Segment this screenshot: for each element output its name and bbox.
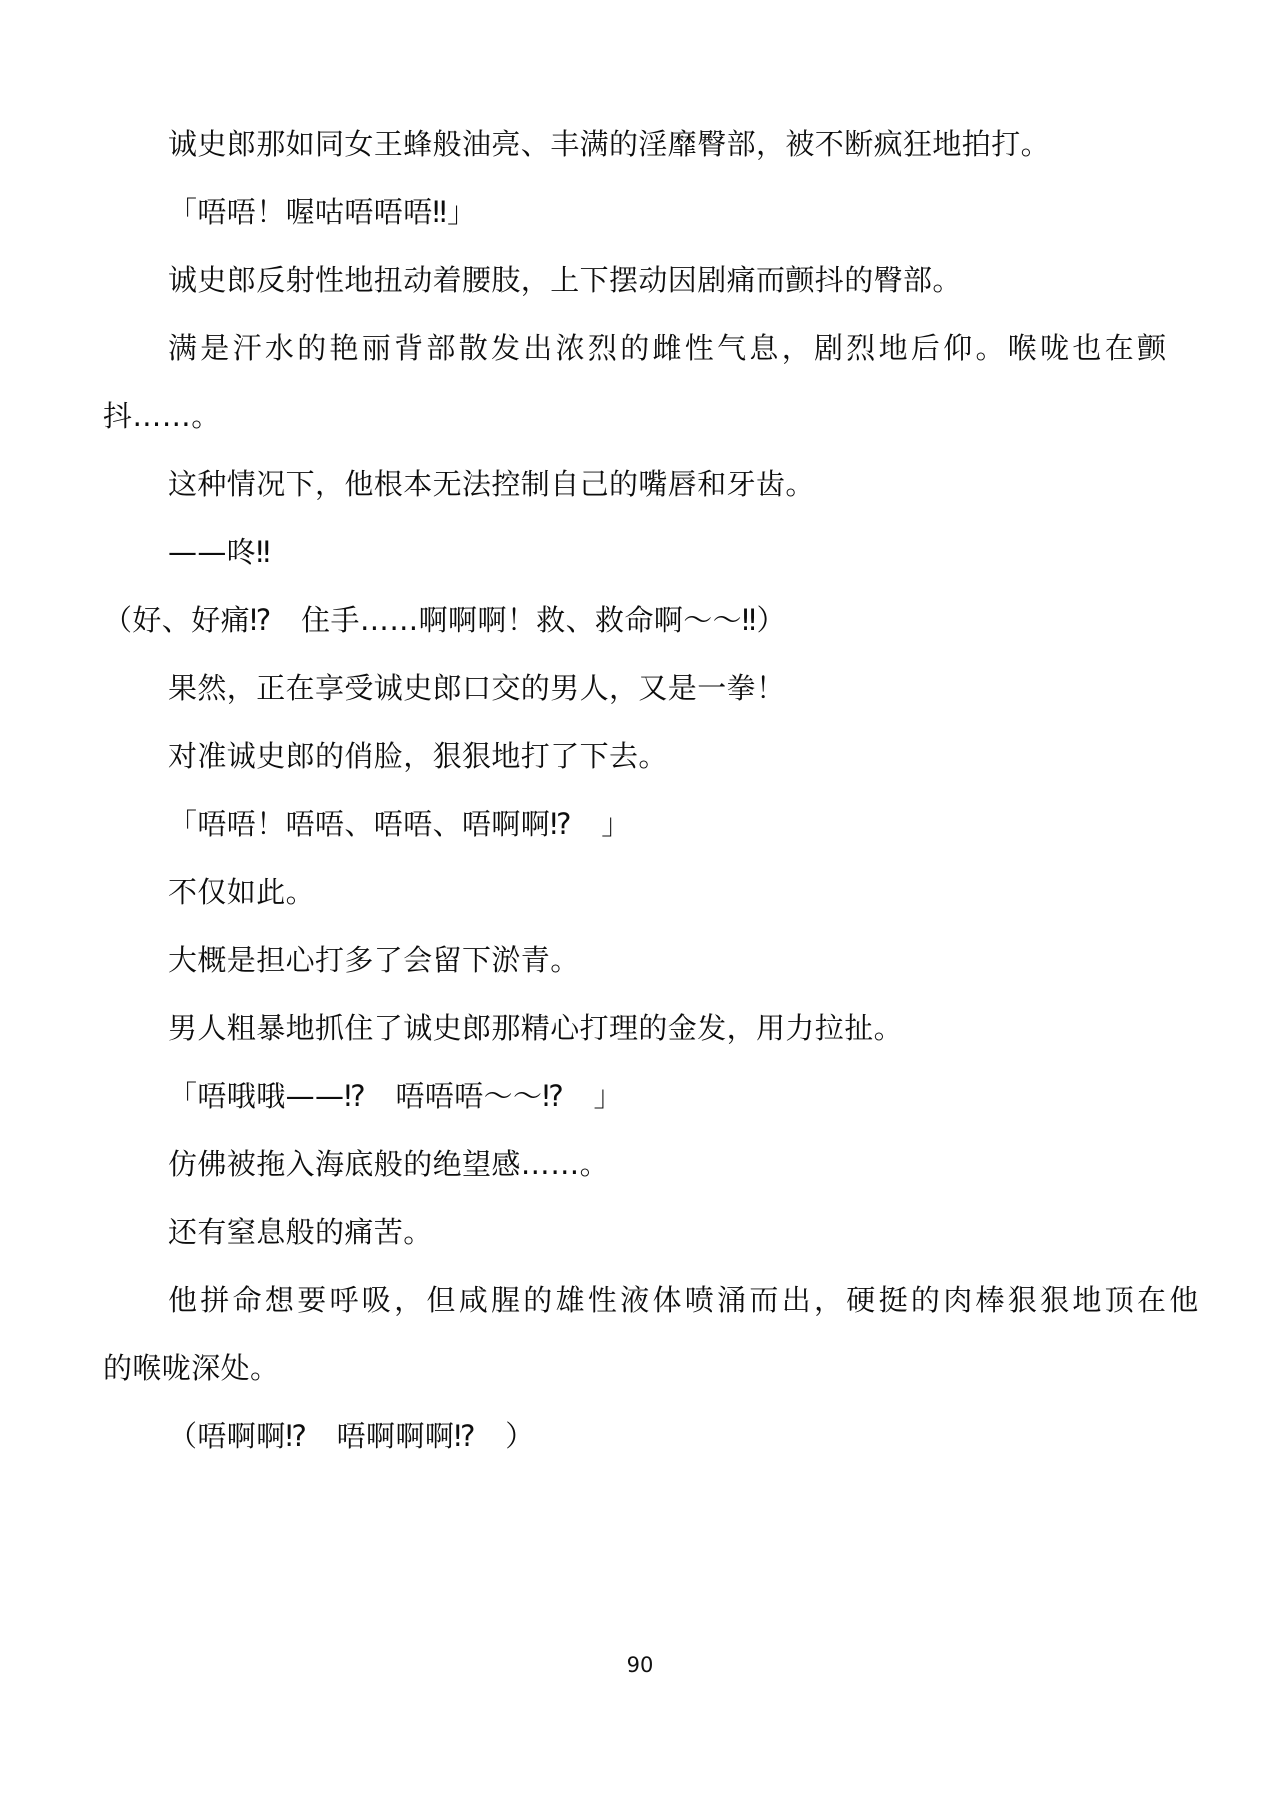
- text-line: 男人粗暴地抓住了诚史郎那精心打理的金发，用力拉扯。: [103, 994, 1185, 1062]
- text-line: 果然，正在享受诚史郎口交的男人，又是一拳！: [103, 654, 1185, 722]
- text-line: 他拼命想要呼吸，但咸腥的雄性液体喷涌而出，硬挺的肉棒狠狠地顶在他: [103, 1266, 1185, 1334]
- text-line: 仿佛被拖入海底般的绝望感……。: [103, 1130, 1185, 1198]
- text-line: （唔啊啊⁉ 唔啊啊啊⁉ ）: [103, 1402, 1185, 1470]
- text-line: 还有窒息般的痛苦。: [103, 1198, 1185, 1266]
- text-line: ——咚‼: [103, 518, 1185, 586]
- text-line: 满是汗水的艳丽背部散发出浓烈的雌性气息，剧烈地后仰。喉咙也在颤: [103, 314, 1185, 382]
- text-line: 对准诚史郎的俏脸，狠狠地打了下去。: [103, 722, 1185, 790]
- text-line: 「唔唔！喔咕唔唔唔‼」: [103, 178, 1185, 246]
- page-number: 90: [0, 1650, 1280, 1680]
- text-line: 不仅如此。: [103, 858, 1185, 926]
- text-line: 大概是担心打多了会留下淤青。: [103, 926, 1185, 994]
- text-line: （好、好痛⁉ 住手……啊啊啊！救、救命啊～～‼）: [103, 586, 1185, 654]
- text-line: 「唔哦哦——⁉ 唔唔唔～～⁉ 」: [103, 1062, 1185, 1130]
- document-page: 诚史郎那如同女王蜂般油亮、丰满的淫靡臀部，被不断疯狂地拍打。「唔唔！喔咕唔唔唔‼…: [0, 0, 1280, 1810]
- text-line: 抖……。: [103, 382, 1185, 450]
- text-line: 诚史郎反射性地扭动着腰肢，上下摆动因剧痛而颤抖的臀部。: [103, 246, 1185, 314]
- body-text: 诚史郎那如同女王蜂般油亮、丰满的淫靡臀部，被不断疯狂地拍打。「唔唔！喔咕唔唔唔‼…: [103, 110, 1185, 1470]
- text-line: 「唔唔！唔唔、唔唔、唔啊啊⁉ 」: [103, 790, 1185, 858]
- text-line: 诚史郎那如同女王蜂般油亮、丰满的淫靡臀部，被不断疯狂地拍打。: [103, 110, 1185, 178]
- text-line: 这种情况下，他根本无法控制自己的嘴唇和牙齿。: [103, 450, 1185, 518]
- text-line: 的喉咙深处。: [103, 1334, 1185, 1402]
